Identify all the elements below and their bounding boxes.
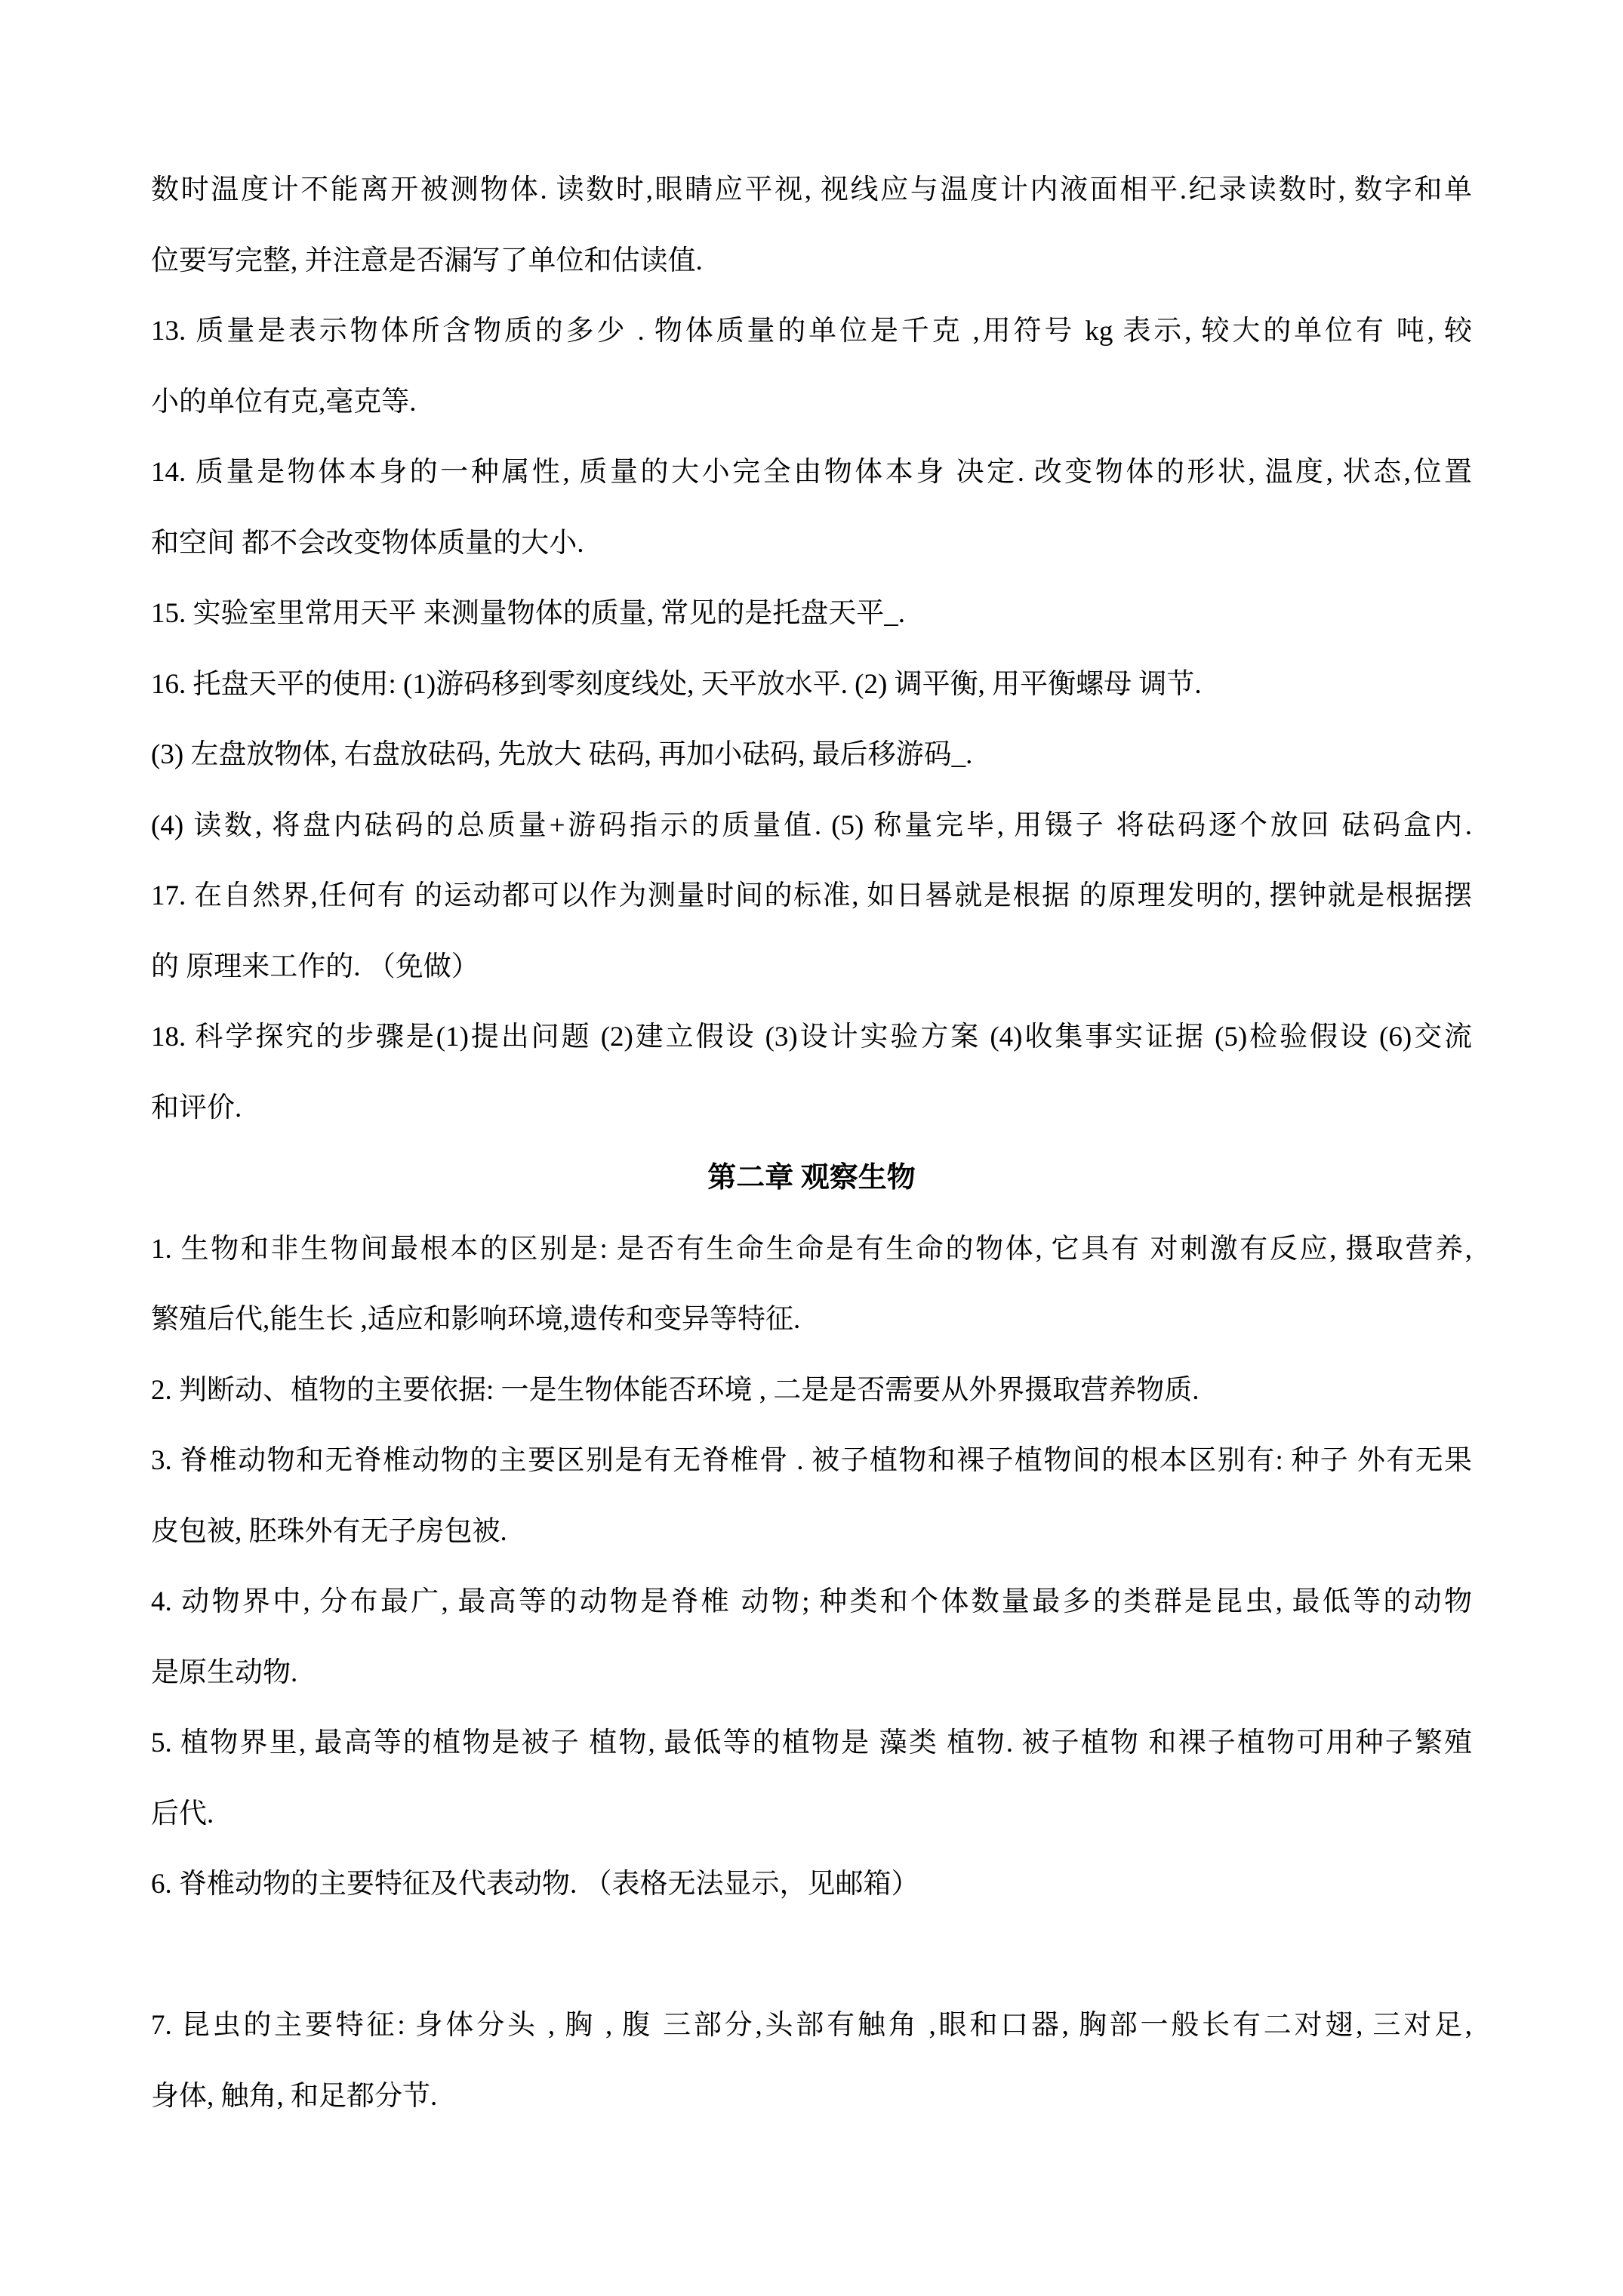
document-page: 数时温度计不能离开被测物体. 读数时,眼睛应平视, 视线应与温度计内液面相平.纪… [0,0,1623,2296]
text-line: 繁殖后代,能生长 ,适应和影响环境,遗传和变异等特征. [151,1284,1472,1355]
text-line: (4) 读数, 将盘内砝码的总质量+游码指示的质量值. (5) 称量完毕, 用镊… [151,791,1472,861]
text-line: 身体, 触角, 和足都分节. [151,2061,1472,2132]
text-line: 2. 判断动、植物的主要依据: 一是生物体能否环境 , 二是是否需要从外界摄取营… [151,1355,1472,1426]
text-line: 数时温度计不能离开被测物体. 读数时,眼睛应平视, 视线应与温度计内液面相平.纪… [151,155,1472,226]
text-line: 是原生动物. [151,1638,1472,1709]
blank-line [151,1920,1472,1991]
text-line: 7. 昆虫的主要特征: 身体分头 , 胸 , 腹 三部分,头部有触角 ,眼和口器… [151,1990,1472,2061]
text-line: 18. 科学探究的步骤是(1)提出问题 (2)建立假设 (3)设计实验方案 (4… [151,1002,1472,1073]
text-line: 后代. [151,1779,1472,1850]
document-content: 数时温度计不能离开被测物体. 读数时,眼睛应平视, 视线应与温度计内液面相平.纪… [151,155,1472,2131]
text-line: 4. 动物界中, 分布最广, 最高等的动物是脊椎 动物; 种类和个体数量最多的类… [151,1567,1472,1638]
text-line: 5. 植物界里, 最高等的植物是被子 植物, 最低等的植物是 藻类 植物. 被子… [151,1708,1472,1779]
text-line: 位要写完整, 并注意是否漏写了单位和估读值. [151,226,1472,297]
text-line: 6. 脊椎动物的主要特征及代表动物. （表格无法显示，见邮箱） [151,1849,1472,1920]
text-line: 13. 质量是表示物体所含物质的多少 . 物体质量的单位是千克 ,用符号 kg … [151,296,1472,367]
chapter-heading: 第二章 观察生物 [151,1143,1472,1214]
text-line: 16. 托盘天平的使用: (1)游码移到零刻度线处, 天平放水平. (2) 调平… [151,649,1472,720]
text-line: 小的单位有克,毫克等. [151,367,1472,438]
text-line: 14. 质量是物体本身的一种属性, 质量的大小完全由物体本身 决定. 改变物体的… [151,437,1472,508]
text-line: (3) 左盘放物体, 右盘放砝码, 先放大 砝码, 再加小砝码, 最后移游码_. [151,720,1472,791]
text-line: 和评价. [151,1073,1472,1144]
text-line: 和空间 都不会改变物体质量的大小. [151,508,1472,579]
text-line: 1. 生物和非生物间最根本的区别是: 是否有生命生命是有生命的物体, 它具有 对… [151,1214,1472,1285]
text-line: 3. 脊椎动物和无脊椎动物的主要区别是有无脊椎骨 . 被子植物和裸子植物间的根本… [151,1425,1472,1496]
text-line: 皮包被, 胚珠外有无子房包被. [151,1496,1472,1567]
text-line: 15. 实验室里常用天平 来测量物体的质量, 常见的是托盘天平_. [151,578,1472,649]
text-line: 17. 在自然界,任何有 的运动都可以作为测量时间的标准, 如日晷就是根据 的原… [151,861,1472,932]
text-line: 的 原理来工作的. （免做） [151,932,1472,1003]
